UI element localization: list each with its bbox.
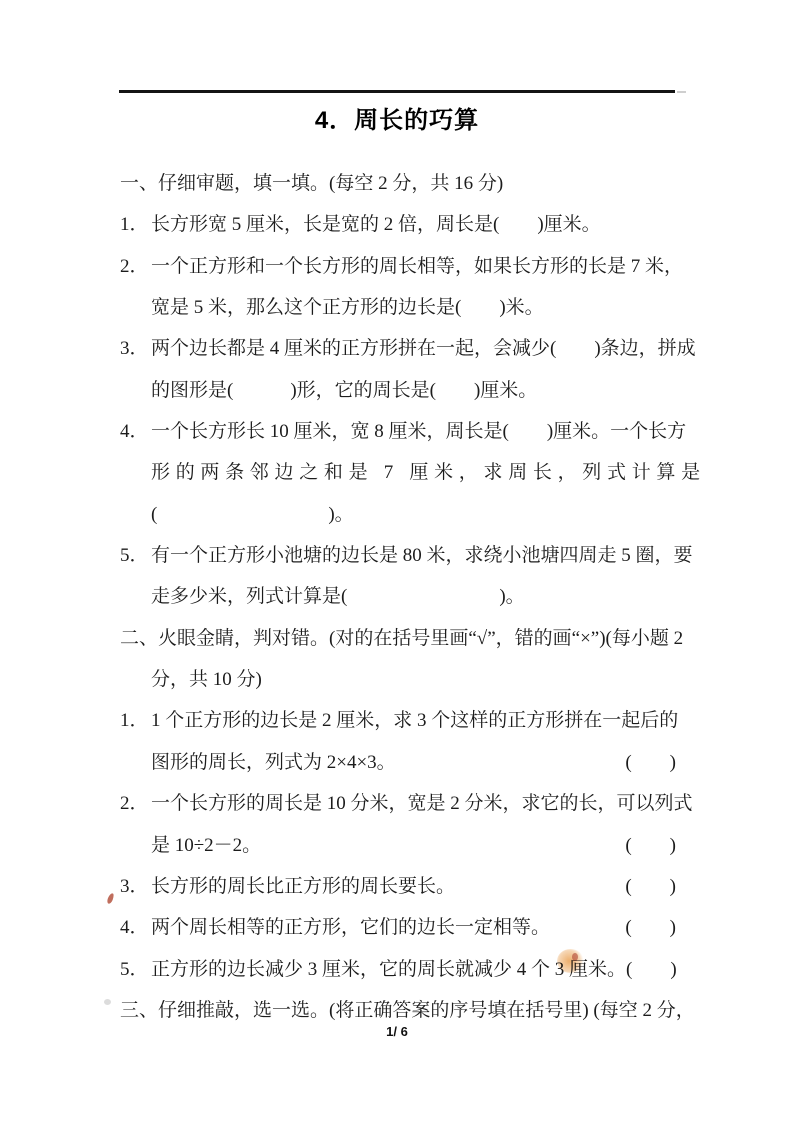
question-text: 有一个正方形小池塘的边长是 80 米，求绕小池塘四周走 5 圈，要 bbox=[151, 545, 693, 566]
question-number: 4． bbox=[120, 907, 151, 948]
question-text: 一个正方形和一个长方形的周长相等，如果长方形的长是 7 米， bbox=[151, 256, 683, 277]
section-1-heading: 一、仔细审题，填一填。(每空 2 分，共 16 分) bbox=[151, 163, 676, 204]
question-text: 一个长方形长 10 厘米，宽 8 厘米，周长是( )厘米。一个长方 bbox=[151, 421, 686, 442]
question-number: 1． bbox=[120, 204, 151, 245]
question-line: 是 10÷2－2。( ) bbox=[151, 825, 676, 866]
question-line: 5．有一个正方形小池塘的边长是 80 米，求绕小池塘四周走 5 圈，要 bbox=[151, 535, 676, 576]
question-line: 的图形是( )形，它的周长是( )厘米。 bbox=[151, 370, 676, 411]
question-s2-q1: 1．1 个正方形的边长是 2 厘米，求 3 个这样的正方形拼在一起后的 图形的周… bbox=[120, 700, 676, 783]
section-2-heading-cont: 分，共 10 分) bbox=[151, 659, 676, 700]
judge-bracket: ( ) bbox=[625, 866, 676, 907]
question-text-wrap: 4．两个周长相等的正方形，它们的边长一定相等。 bbox=[120, 907, 550, 948]
question-s1-q3: 3．两个边长都是 4 厘米的正方形拼在一起，会减少( )条边，拼成 的图形是( … bbox=[120, 328, 676, 411]
question-line: 2．一个正方形和一个长方形的周长相等，如果长方形的长是 7 米， bbox=[151, 246, 676, 287]
section-2: 二、火眼金睛，判对错。(对的在括号里画“√”，错的画“×”)(每小题 2 分，共… bbox=[120, 618, 676, 701]
page-number: 1/ 6 bbox=[120, 1024, 674, 1039]
question-line: 2．一个长方形的周长是 10 分米，宽是 2 分米，求它的长，可以列式 bbox=[151, 783, 676, 824]
question-s1-q1: 1．长方形宽 5 厘米，长是宽的 2 倍，周长是( )厘米。 bbox=[120, 204, 676, 245]
question-line: 4．一个长方形长 10 厘米，宽 8 厘米，周长是( )厘米。一个长方 bbox=[151, 411, 676, 452]
section-2-heading: 二、火眼金睛，判对错。(对的在括号里画“√”，错的画“×”)(每小题 2 bbox=[151, 618, 676, 659]
section-3-heading-text: 仔细推敲，选一选。(将正确答案的序号填在括号里) (每空 2 分， bbox=[158, 1000, 695, 1021]
section-1-label: 一、 bbox=[120, 163, 158, 204]
question-number: 3． bbox=[120, 328, 151, 369]
question-line: 图形的周长，列式为 2×4×3。( ) bbox=[151, 742, 676, 783]
question-line: 宽是 5 米，那么这个正方形的边长是( )米。 bbox=[151, 287, 676, 328]
judge-bracket: ( ) bbox=[625, 742, 676, 783]
section-2-heading-text: 火眼金睛，判对错。(对的在括号里画“√”，错的画“×”)(每小题 2 bbox=[158, 628, 683, 649]
question-text: 长方形的周长比正方形的周长要长。 bbox=[151, 876, 455, 897]
page-title: 4．周长的巧算 bbox=[120, 100, 674, 135]
question-text: 1 个正方形的边长是 2 厘米，求 3 个这样的正方形拼在一起后的 bbox=[151, 710, 678, 731]
question-number: 3． bbox=[120, 866, 151, 907]
ink-stain-dot bbox=[572, 953, 578, 961]
question-number: 2． bbox=[120, 246, 151, 287]
question-s1-q4: 4．一个长方形长 10 厘米，宽 8 厘米，周长是( )厘米。一个长方 形的两条… bbox=[120, 411, 676, 535]
question-line: 1．长方形宽 5 厘米，长是宽的 2 倍，周长是( )厘米。 bbox=[151, 204, 676, 245]
question-text: 两个周长相等的正方形，它们的边长一定相等。 bbox=[151, 917, 550, 938]
section-2-label: 二、 bbox=[120, 618, 158, 659]
question-s2-q4: 4．两个周长相等的正方形，它们的边长一定相等。( ) bbox=[120, 907, 676, 948]
ink-stain bbox=[557, 949, 584, 973]
question-line: 5．正方形的边长减少 3 厘米，它的周长就减少 4 个 3 厘米。( ) bbox=[151, 949, 676, 990]
question-number: 5． bbox=[120, 535, 151, 576]
answer-blank: ( )。 bbox=[151, 494, 676, 535]
question-text: 长方形宽 5 厘米，长是宽的 2 倍，周长是( )厘米。 bbox=[151, 214, 601, 235]
question-text-wrap: 3．长方形的周长比正方形的周长要长。 bbox=[120, 866, 455, 907]
question-line: 4．两个周长相等的正方形，它们的边长一定相等。( ) bbox=[151, 907, 676, 948]
header-rule bbox=[119, 90, 675, 93]
question-number: 5． bbox=[120, 949, 151, 990]
header-rule-tail bbox=[677, 91, 686, 93]
question-s2-q5: 5．正方形的边长减少 3 厘米，它的周长就减少 4 个 3 厘米。( ) bbox=[120, 949, 676, 990]
judge-bracket: ( ) bbox=[625, 825, 676, 866]
gray-smudge bbox=[104, 999, 111, 1005]
question-number: 4． bbox=[120, 411, 151, 452]
red-pen-mark bbox=[106, 892, 114, 904]
section-1: 一、仔细审题，填一填。(每空 2 分，共 16 分) bbox=[120, 163, 676, 204]
question-line: 形的两条邻边之和是 7 厘米，求周长，列式计算是 bbox=[151, 452, 676, 493]
worksheet-body: 一、仔细审题，填一填。(每空 2 分，共 16 分) 1．长方形宽 5 厘米，长… bbox=[120, 163, 676, 1031]
question-text: 正方形的边长减少 3 厘米，它的周长就减少 4 个 3 厘米。 bbox=[151, 959, 626, 980]
judge-bracket: ( ) bbox=[625, 907, 676, 948]
question-line: 3．长方形的周长比正方形的周长要长。( ) bbox=[151, 866, 676, 907]
question-text: 一个长方形的周长是 10 分米，宽是 2 分米，求它的长，可以列式 bbox=[151, 793, 693, 814]
question-s1-q5: 5．有一个正方形小池塘的边长是 80 米，求绕小池塘四周走 5 圈，要 走多少米… bbox=[120, 535, 676, 618]
section-1-heading-text: 仔细审题，填一填。(每空 2 分，共 16 分) bbox=[158, 173, 503, 194]
judge-bracket: ( ) bbox=[626, 949, 677, 990]
question-text-wrap: 5．正方形的边长减少 3 厘米，它的周长就减少 4 个 3 厘米。 bbox=[120, 949, 626, 990]
question-s2-q2: 2．一个长方形的周长是 10 分米，宽是 2 分米，求它的长，可以列式 是 10… bbox=[120, 783, 676, 866]
question-text: 是 10÷2－2。 bbox=[151, 825, 261, 866]
question-line: 走多少米，列式计算是( )。 bbox=[151, 576, 676, 617]
question-text: 两个边长都是 4 厘米的正方形拼在一起，会减少( )条边，拼成 bbox=[151, 338, 696, 359]
question-s2-q3: 3．长方形的周长比正方形的周长要长。( ) bbox=[120, 866, 676, 907]
question-s1-q2: 2．一个正方形和一个长方形的周长相等，如果长方形的长是 7 米， 宽是 5 米，… bbox=[120, 246, 676, 329]
worksheet-page: 4．周长的巧算 一、仔细审题，填一填。(每空 2 分，共 16 分) 1．长方形… bbox=[0, 0, 793, 1122]
question-line: 3．两个边长都是 4 厘米的正方形拼在一起，会减少( )条边，拼成 bbox=[151, 328, 676, 369]
question-line: 1．1 个正方形的边长是 2 厘米，求 3 个这样的正方形拼在一起后的 bbox=[151, 700, 676, 741]
question-number: 1． bbox=[120, 700, 151, 741]
question-text: 图形的周长，列式为 2×4×3。 bbox=[151, 742, 396, 783]
question-number: 2． bbox=[120, 783, 151, 824]
